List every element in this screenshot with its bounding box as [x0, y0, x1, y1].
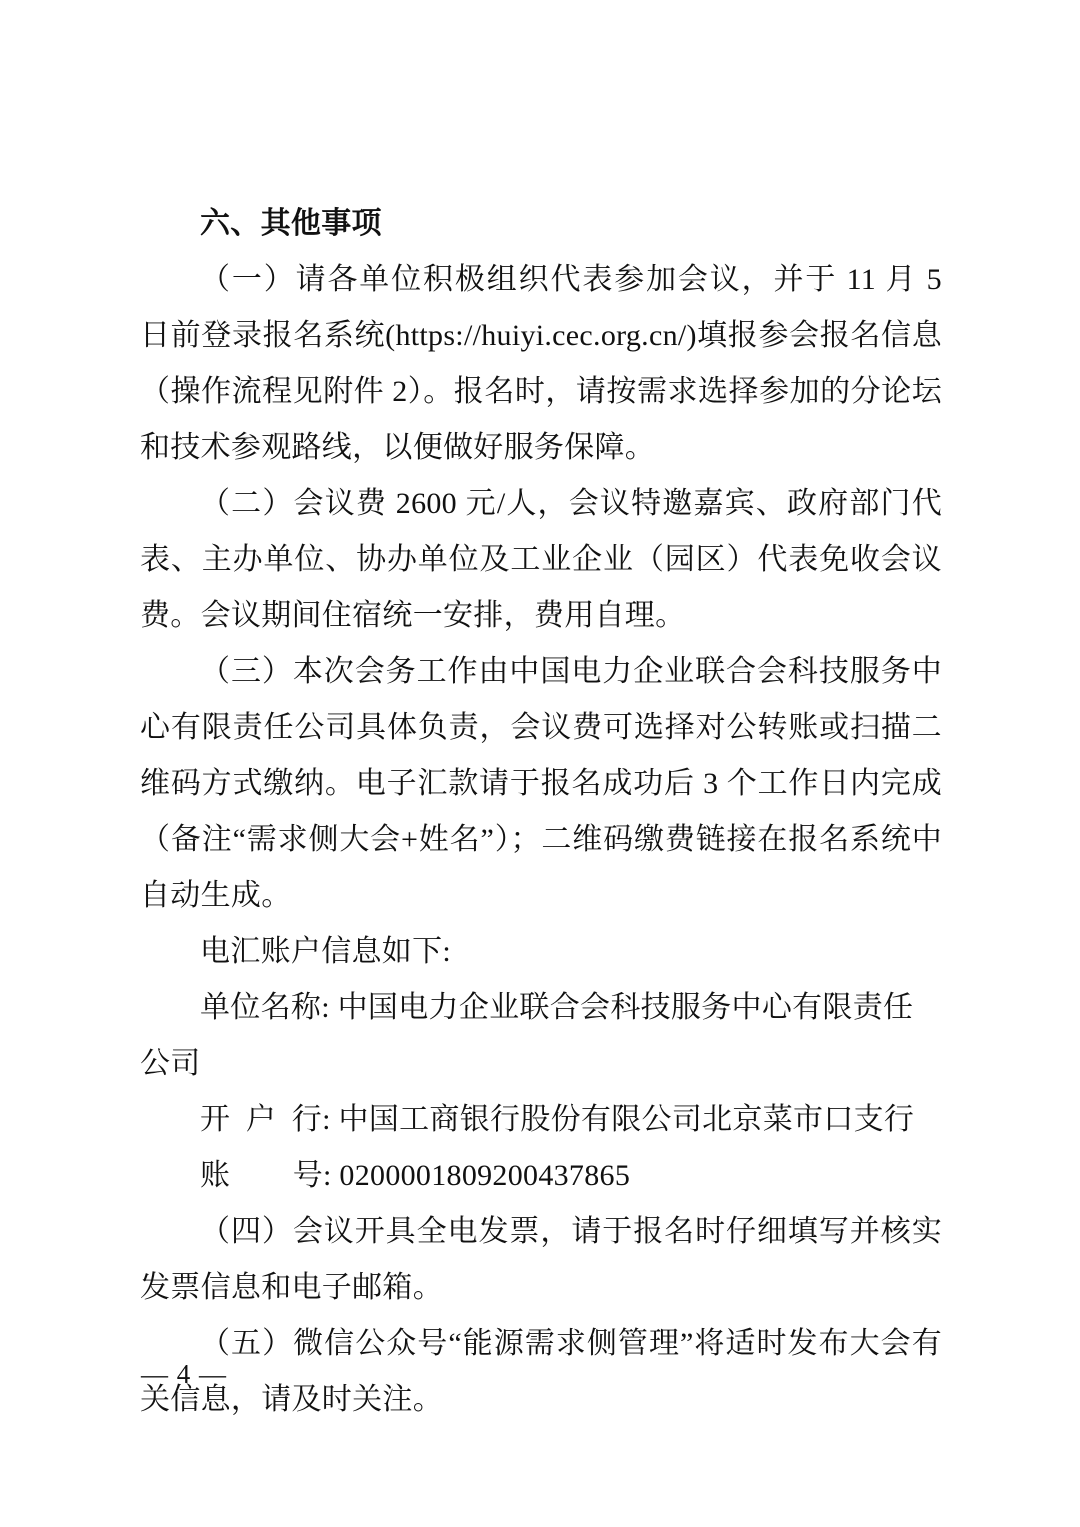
paragraph-3: （三）本次会务工作由中国电力企业联合会科技服务中心有限责任公司具体负责，会议费可…	[140, 644, 942, 924]
account-intro-line: 电汇账户信息如下:	[140, 924, 942, 980]
paragraph-5: （五）微信公众号“能源需求侧管理”将适时发布大会有关信息，请及时关注。	[140, 1316, 942, 1428]
account-number-line: 账 号: 0200001809200437865	[140, 1148, 942, 1204]
account-company-name-line: 单位名称: 中国电力企业联合会科技服务中心有限责任公司	[140, 980, 942, 1092]
footer-page-number: — 4 —	[141, 1358, 227, 1390]
paragraph-4: （四）会议开具全电发票，请于报名时仔细填写并核实发票信息和电子邮箱。	[140, 1204, 942, 1316]
section-heading: 六、其他事项	[140, 196, 942, 252]
document-body: 六、其他事项 （一）请各单位积极组织代表参加会议，并于 11 月 5 日前登录报…	[140, 196, 942, 1428]
account-bank-line: 开 户 行: 中国工商银行股份有限公司北京菜市口支行	[140, 1092, 942, 1148]
paragraph-2: （二）会议费 2600 元/人，会议特邀嘉宾、政府部门代表、主办单位、协办单位及…	[140, 476, 942, 644]
document-page: 六、其他事项 （一）请各单位积极组织代表参加会议，并于 11 月 5 日前登录报…	[0, 0, 1080, 1527]
paragraph-1: （一）请各单位积极组织代表参加会议，并于 11 月 5 日前登录报名系统(htt…	[140, 252, 942, 476]
